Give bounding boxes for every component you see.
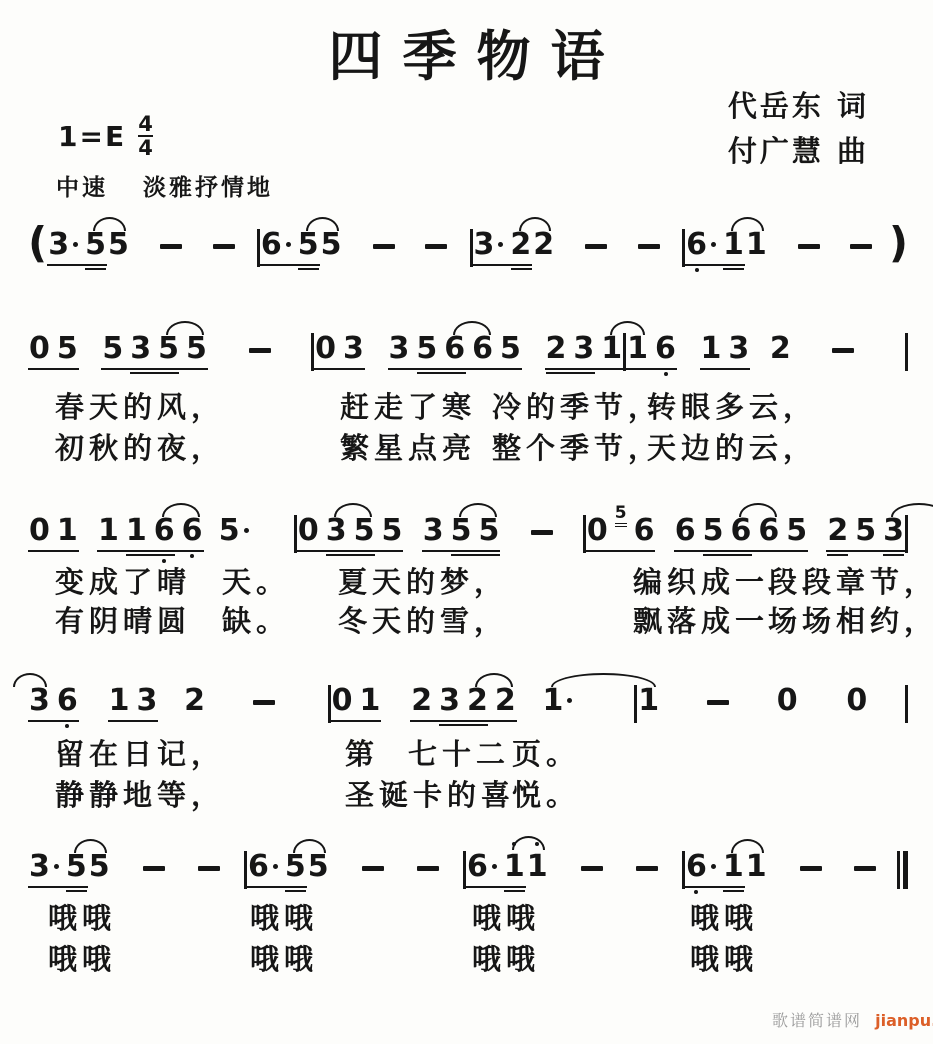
notation-line-2: 055355033566523116132 bbox=[28, 318, 908, 382]
note-digit: 0 bbox=[587, 514, 608, 548]
note: 1 bbox=[601, 332, 622, 366]
lyric-phrase: 哦哦 bbox=[250, 896, 318, 937]
note: 3 bbox=[29, 684, 50, 718]
beam-underline-2 bbox=[703, 554, 752, 556]
lyric-phrase: 初秋的夜， bbox=[55, 426, 225, 467]
note-digit: 2 bbox=[184, 684, 205, 718]
lyric-phrase: 春天的风， bbox=[55, 385, 225, 426]
beam-underline-2 bbox=[827, 554, 848, 556]
duration-dash bbox=[213, 244, 235, 249]
lyric-phrase: 天边的云， bbox=[647, 426, 817, 467]
beam-underline-2 bbox=[723, 890, 744, 892]
beam-underline bbox=[314, 368, 365, 370]
note-digit: 5 bbox=[382, 514, 403, 548]
note: 5 bbox=[102, 332, 123, 366]
key-label: 1=E bbox=[58, 120, 126, 153]
note: 6 bbox=[154, 514, 175, 548]
augmentation-dot bbox=[567, 698, 572, 703]
duration-dash bbox=[531, 530, 553, 535]
note-digit: 5 bbox=[478, 514, 499, 548]
note-digit: 2 bbox=[770, 332, 791, 366]
lyric-phrase: 第 bbox=[345, 732, 379, 773]
note: 0 bbox=[332, 684, 353, 718]
note: 1 bbox=[504, 850, 525, 884]
note: 3 bbox=[343, 332, 364, 366]
augmentation-dot bbox=[711, 242, 716, 247]
note: 1 bbox=[543, 684, 573, 718]
note: 0 bbox=[298, 514, 319, 548]
credits: 代岳东 词 付广慧 曲 bbox=[728, 84, 869, 174]
note-digit: 5 bbox=[186, 332, 207, 366]
note: 2 bbox=[546, 332, 567, 366]
note: 6 bbox=[730, 514, 751, 548]
beam-underline-2 bbox=[285, 890, 306, 892]
augmentation-dot bbox=[286, 242, 291, 247]
duration-dash bbox=[143, 866, 165, 871]
duration-dash bbox=[832, 348, 854, 353]
note: 5 bbox=[703, 514, 724, 548]
note-digit: 3 bbox=[130, 332, 151, 366]
composer-credit: 付广慧 曲 bbox=[728, 129, 869, 174]
note: 6 bbox=[675, 514, 696, 548]
beam-underline bbox=[247, 886, 307, 888]
beam-underline bbox=[47, 264, 107, 266]
parenthesis: ( bbox=[28, 214, 47, 266]
beam-underline-2 bbox=[326, 554, 375, 556]
note-digit: 1 bbox=[746, 228, 767, 262]
note: 6 bbox=[472, 332, 493, 366]
note-digit: 1 bbox=[360, 684, 381, 718]
beam-underline-2 bbox=[298, 268, 319, 270]
note: 1 bbox=[723, 228, 744, 262]
note: 3 bbox=[423, 514, 444, 548]
duration-dash bbox=[253, 700, 275, 705]
note-digit: 6 bbox=[182, 514, 203, 548]
beam-underline-2 bbox=[504, 890, 525, 892]
site-name: 歌谱简谱网 bbox=[772, 1011, 862, 1030]
beam-underline bbox=[388, 368, 522, 370]
note-digit: 5 bbox=[500, 332, 521, 366]
low-octave-dot bbox=[664, 372, 668, 376]
tempo-speed: 中速 bbox=[56, 175, 108, 201]
note-digit: 5 bbox=[308, 850, 329, 884]
note-digit: 5 bbox=[321, 228, 342, 262]
note-group: 13 bbox=[700, 318, 751, 366]
augmentation-dot bbox=[54, 864, 59, 869]
note: 1 bbox=[746, 228, 767, 262]
note: 2 bbox=[411, 684, 432, 718]
duration-dash bbox=[638, 244, 660, 249]
lyric-phrase: 七十二 bbox=[408, 732, 510, 773]
note-group: 5 bbox=[218, 500, 250, 548]
note-group: 2 bbox=[183, 670, 206, 718]
note: 2 bbox=[510, 228, 531, 262]
augmentation-dot bbox=[244, 528, 249, 533]
beam-underline bbox=[826, 550, 905, 552]
lyric-phrase: 冬天的雪， bbox=[338, 599, 508, 640]
beam-underline bbox=[674, 550, 808, 552]
note-group: 01 bbox=[28, 500, 79, 548]
beam-underline-2 bbox=[417, 372, 466, 374]
note: 1 bbox=[638, 684, 659, 718]
beam-underline bbox=[28, 368, 79, 370]
note-digit: 6 bbox=[730, 514, 751, 548]
note: 5 bbox=[108, 228, 129, 262]
note: 1 bbox=[701, 332, 722, 366]
note-digit: 5 bbox=[855, 514, 876, 548]
note-digit: 1 bbox=[527, 850, 548, 884]
lyric-phrase: 缺。 bbox=[222, 599, 290, 640]
duration-dash bbox=[850, 244, 872, 249]
lyric-phrase: 夏天的梦， bbox=[338, 560, 508, 601]
note-digit: 3 bbox=[29, 684, 50, 718]
note: 3 bbox=[48, 228, 78, 262]
beam-underline bbox=[260, 264, 320, 266]
augmentation-dot bbox=[498, 242, 503, 247]
meter-numerator: 4 bbox=[138, 114, 153, 134]
lyric-phrase: 哦哦 bbox=[690, 896, 758, 937]
note: 3 bbox=[573, 332, 594, 366]
lyricist-credit: 代岳东 词 bbox=[728, 84, 869, 129]
note-digit: 6 bbox=[444, 332, 465, 366]
note: 5 bbox=[855, 514, 876, 548]
note: 6 bbox=[758, 514, 779, 548]
beam-underline bbox=[28, 550, 79, 552]
beam-underline bbox=[545, 368, 624, 370]
note-digit: 5 bbox=[354, 514, 375, 548]
beam-underline-2 bbox=[723, 268, 744, 270]
note: 5 bbox=[186, 332, 207, 366]
beam-underline bbox=[410, 720, 517, 722]
time-signature: 4 4 bbox=[138, 114, 153, 158]
note-digit: 5 bbox=[703, 514, 724, 548]
note-digit: 5 bbox=[786, 514, 807, 548]
beam-underline bbox=[108, 720, 159, 722]
note-digit: 1 bbox=[723, 850, 744, 884]
augmentation-dot bbox=[711, 864, 716, 869]
note-digit: 2 bbox=[495, 684, 516, 718]
lyric-phrase: 静静地等， bbox=[55, 773, 225, 814]
beam-underline-2 bbox=[126, 554, 175, 556]
note: 6 bbox=[634, 514, 655, 548]
note: 1 bbox=[109, 684, 130, 718]
note-digit: 0 bbox=[315, 332, 336, 366]
note-digit: 3 bbox=[573, 332, 594, 366]
note: 3 bbox=[474, 228, 504, 262]
note: 6 bbox=[444, 332, 465, 366]
note: 0 bbox=[777, 684, 798, 718]
note: 5 bbox=[478, 514, 499, 548]
lyric-phrase: 场场相约， bbox=[768, 599, 933, 640]
beam-underline bbox=[685, 886, 745, 888]
beam-underline-2 bbox=[66, 890, 87, 892]
note: 2 bbox=[495, 684, 516, 718]
note-digit: 6 bbox=[467, 850, 488, 884]
note-group: 03 bbox=[314, 318, 365, 366]
lyric-phrase: 段段章节， bbox=[768, 560, 933, 601]
note-group: 01 bbox=[331, 670, 382, 718]
barline bbox=[905, 515, 908, 553]
beam-underline bbox=[28, 720, 79, 722]
final-barline bbox=[897, 851, 908, 889]
note-digit: 1 bbox=[701, 332, 722, 366]
note-digit: 1 bbox=[638, 684, 659, 718]
beam-underline bbox=[331, 720, 382, 722]
lyric-phrase: 变成了晴 bbox=[55, 560, 191, 601]
note-digit: 5 bbox=[451, 514, 472, 548]
note: 3 bbox=[326, 514, 347, 548]
note: 2 bbox=[467, 684, 488, 718]
lyric-phrase: 页。 bbox=[512, 732, 580, 773]
duration-dash bbox=[581, 866, 603, 871]
beam-underline-2 bbox=[511, 268, 532, 270]
grace-note: 5 bbox=[615, 504, 627, 527]
barline bbox=[905, 685, 908, 723]
lyric-phrase: 飘落成一 bbox=[633, 599, 769, 640]
note: 1 bbox=[527, 850, 548, 884]
note-digit: 1 bbox=[57, 514, 78, 548]
lyric-phrase: 留在日记， bbox=[55, 732, 225, 773]
note: 3 bbox=[29, 850, 59, 884]
note-digit: 2 bbox=[411, 684, 432, 718]
note: 6 bbox=[182, 514, 203, 548]
note: 6 bbox=[655, 332, 676, 366]
duration-dash bbox=[160, 244, 182, 249]
notation-line-1: (355655322611) bbox=[28, 214, 908, 278]
note-digit: 1 bbox=[601, 332, 622, 366]
note: 0 bbox=[315, 332, 336, 366]
beam-underline-2 bbox=[883, 554, 904, 556]
note: 5 bbox=[416, 332, 437, 366]
note-group: 0 bbox=[776, 670, 799, 718]
duration-dash bbox=[425, 244, 447, 249]
lyric-phrase: 哦哦 bbox=[250, 937, 318, 978]
low-octave-dot bbox=[65, 724, 69, 728]
note: 5 bbox=[66, 850, 87, 884]
note: 5 bbox=[89, 850, 110, 884]
note: 1 bbox=[746, 850, 767, 884]
note: 0 bbox=[846, 684, 867, 718]
note-group: 35665 bbox=[388, 318, 522, 366]
note-group: 2 bbox=[769, 318, 792, 366]
note-digit: 5 bbox=[219, 514, 240, 548]
note: 6 bbox=[57, 684, 78, 718]
lyric-phrase: 哦哦 bbox=[690, 937, 758, 978]
lyric-phrase: 有阴晴圆 bbox=[55, 599, 191, 640]
lyric-phrase: 圣诞卡的喜 bbox=[345, 773, 515, 814]
note-group: 231 bbox=[545, 318, 624, 366]
note: 5 bbox=[382, 514, 403, 548]
note-digit: 1 bbox=[504, 850, 525, 884]
low-octave-dot bbox=[190, 554, 194, 558]
parenthesis: ) bbox=[889, 214, 908, 266]
duration-dash bbox=[854, 866, 876, 871]
note-digit: 2 bbox=[546, 332, 567, 366]
note: 3 bbox=[728, 332, 749, 366]
note-digit: 0 bbox=[846, 684, 867, 718]
note-digit: 3 bbox=[48, 228, 69, 262]
note: 2 bbox=[827, 514, 848, 548]
note: 5 bbox=[451, 514, 472, 548]
duration-dash bbox=[417, 866, 439, 871]
lyric-phrase: 繁星点亮 bbox=[340, 426, 476, 467]
note: 5 bbox=[298, 228, 319, 262]
note-digit: 0 bbox=[298, 514, 319, 548]
note-digit: 1 bbox=[98, 514, 119, 548]
note: 5 bbox=[158, 332, 179, 366]
note: 3 bbox=[130, 332, 151, 366]
duration-dash bbox=[373, 244, 395, 249]
beam-underline bbox=[422, 550, 501, 552]
augmentation-dot bbox=[73, 242, 78, 247]
low-octave-dot bbox=[695, 268, 699, 272]
page-title: 四季物语 bbox=[0, 14, 933, 91]
beam-underline bbox=[297, 550, 404, 552]
low-octave-dot bbox=[694, 890, 698, 894]
note: 5 bbox=[321, 228, 342, 262]
lyric-phrase: 哦哦 bbox=[472, 937, 540, 978]
lyric-phrase: 天。 bbox=[222, 560, 290, 601]
note-group: 13 bbox=[108, 670, 159, 718]
note: 5 bbox=[57, 332, 78, 366]
lyric-phrase: 哦哦 bbox=[48, 937, 116, 978]
duration-dash bbox=[798, 244, 820, 249]
beam-underline bbox=[97, 550, 204, 552]
note: 0 bbox=[29, 514, 50, 548]
lyric-phrase: 悦。 bbox=[512, 773, 580, 814]
note: 2 bbox=[770, 332, 791, 366]
note: 0 bbox=[587, 514, 608, 548]
beam-underline bbox=[466, 886, 526, 888]
note-digit: 3 bbox=[343, 332, 364, 366]
note-digit: 1 bbox=[627, 332, 648, 366]
beam-underline-2 bbox=[85, 268, 106, 270]
note-digit: 3 bbox=[326, 514, 347, 548]
site-url: jianpu.cn bbox=[875, 1011, 933, 1030]
note-digit: 5 bbox=[158, 332, 179, 366]
notation-line-3: 0111665035535505665665253 bbox=[28, 500, 908, 564]
note-digit: 0 bbox=[29, 332, 50, 366]
note-digit: 3 bbox=[883, 514, 904, 548]
lyric-phrase: 整个季节， bbox=[492, 426, 662, 467]
note: 5 bbox=[354, 514, 375, 548]
tempo-marking: 中速 淡雅抒情地 bbox=[56, 169, 273, 202]
barline bbox=[905, 333, 908, 371]
note-digit: 6 bbox=[655, 332, 676, 366]
note-group: 05 bbox=[28, 318, 79, 366]
note: 3 bbox=[439, 684, 460, 718]
note-digit: 5 bbox=[285, 850, 306, 884]
note-digit: 6 bbox=[686, 850, 707, 884]
notation-line-5: 355655611611 bbox=[28, 836, 908, 900]
note-digit: 0 bbox=[29, 514, 50, 548]
note-digit: 5 bbox=[66, 850, 87, 884]
note: 0 bbox=[29, 332, 50, 366]
note: 6 bbox=[686, 850, 716, 884]
duration-dash bbox=[636, 866, 658, 871]
note: 6 bbox=[467, 850, 497, 884]
lyric-phrase: 哦哦 bbox=[48, 896, 116, 937]
beam-underline-2 bbox=[130, 372, 179, 374]
beam-underline bbox=[700, 368, 751, 370]
tempo-mood: 淡雅抒情地 bbox=[143, 175, 273, 201]
note: 5 bbox=[308, 850, 329, 884]
beam-underline bbox=[626, 368, 677, 370]
note: 6 bbox=[686, 228, 716, 262]
note-digit: 3 bbox=[439, 684, 460, 718]
note-digit: 6 bbox=[472, 332, 493, 366]
note-group: 0 bbox=[845, 670, 868, 718]
note: 1 bbox=[360, 684, 381, 718]
note-digit: 5 bbox=[416, 332, 437, 366]
note: 5 bbox=[85, 228, 106, 262]
note-digit: 2 bbox=[827, 514, 848, 548]
lyric-phrase: 冷的季节， bbox=[492, 385, 662, 426]
note-digit: 2 bbox=[533, 228, 554, 262]
note: 5 bbox=[786, 514, 807, 548]
note: 1 bbox=[723, 850, 744, 884]
note: 5 bbox=[219, 514, 249, 548]
sheet-music-page: 四季物语 代岳东 词 付广慧 曲 1=E 4 4 中速 淡雅抒情地 (35565… bbox=[0, 0, 933, 1044]
note-digit: 5 bbox=[102, 332, 123, 366]
note-digit: 6 bbox=[248, 850, 269, 884]
note-digit: 6 bbox=[57, 684, 78, 718]
note-digit: 6 bbox=[154, 514, 175, 548]
note: 3 bbox=[883, 514, 904, 548]
note-digit: 5 bbox=[615, 504, 627, 527]
beam-underline bbox=[685, 264, 745, 266]
note: 6 bbox=[261, 228, 291, 262]
key-signature: 1=E 4 4 bbox=[58, 108, 153, 164]
lyric-phrase: 编织成一 bbox=[633, 560, 769, 601]
note-digit: 6 bbox=[634, 514, 655, 548]
duration-dash bbox=[707, 700, 729, 705]
note-digit: 6 bbox=[675, 514, 696, 548]
note-digit: 5 bbox=[89, 850, 110, 884]
note-digit: 1 bbox=[723, 228, 744, 262]
duration-dash bbox=[800, 866, 822, 871]
note: 1 bbox=[98, 514, 119, 548]
note-digit: 1 bbox=[746, 850, 767, 884]
note-digit: 0 bbox=[777, 684, 798, 718]
note-group: 65665 bbox=[674, 500, 808, 548]
lyric-phrase: 哦哦 bbox=[472, 896, 540, 937]
note-digit: 0 bbox=[332, 684, 353, 718]
note-digit: 3 bbox=[389, 332, 410, 366]
note: 2 bbox=[533, 228, 554, 262]
note: 1 bbox=[126, 514, 147, 548]
note: 1 bbox=[627, 332, 648, 366]
beam-underline-2 bbox=[439, 724, 488, 726]
beam-underline bbox=[28, 886, 88, 888]
note-digit: 1 bbox=[109, 684, 130, 718]
note: 6 bbox=[248, 850, 278, 884]
duration-dash bbox=[362, 866, 384, 871]
meter-denominator: 4 bbox=[138, 138, 153, 158]
note-digit: 3 bbox=[728, 332, 749, 366]
note: 5 bbox=[285, 850, 306, 884]
note-digit: 5 bbox=[85, 228, 106, 262]
note-digit: 5 bbox=[57, 332, 78, 366]
note-digit: 3 bbox=[136, 684, 157, 718]
lyric-phrase: 赶走了寒 bbox=[340, 385, 476, 426]
notation-line-4: 361320123221100 bbox=[28, 670, 908, 734]
duration-dash bbox=[198, 866, 220, 871]
note-digit: 3 bbox=[474, 228, 495, 262]
note: 1 bbox=[57, 514, 78, 548]
beam-underline-2 bbox=[451, 554, 500, 556]
note-digit: 5 bbox=[298, 228, 319, 262]
